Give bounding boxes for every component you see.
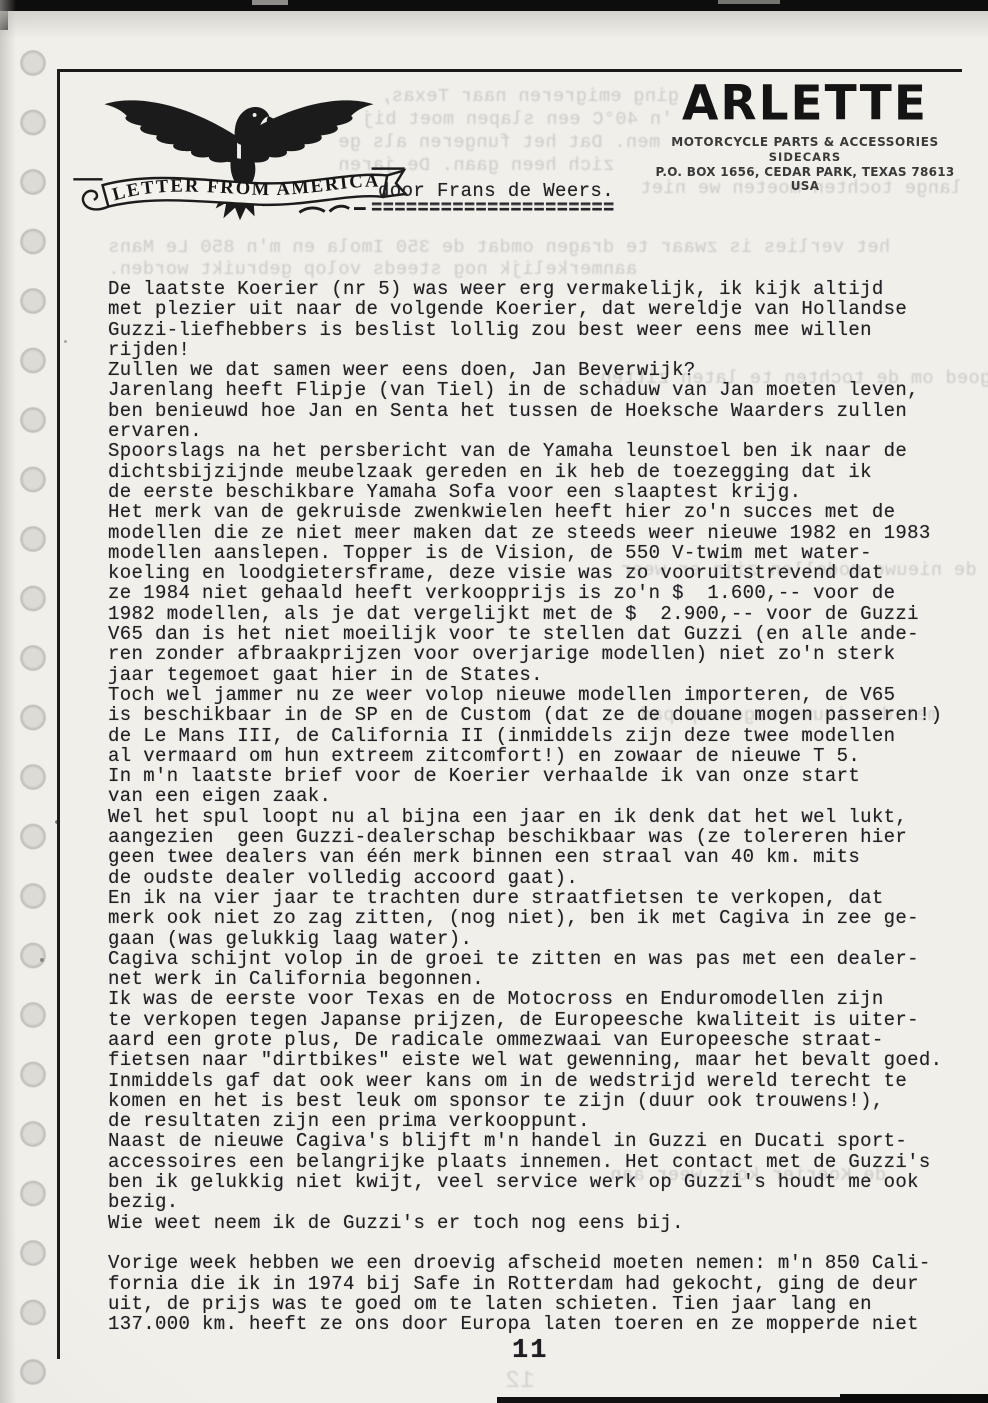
paper-speck: [40, 958, 44, 962]
scan-edge-top-gap: [252, 0, 288, 5]
binder-holes: [19, 49, 47, 1389]
eagle-logo: LETTER FROM AMERICA: [70, 76, 408, 230]
scan-edge-bottom: [840, 1394, 988, 1403]
eagle-eye: [253, 113, 257, 117]
brand-address: P.O. BOX 1656, CEDAR PARK, TEXAS 78613 U…: [652, 165, 958, 193]
scan-edge-top-gap: [718, 0, 780, 4]
bleedthrough-text: 'n 40°C een slapen moet bij: [362, 109, 673, 130]
eagle-left-wing: [104, 100, 237, 162]
bleedthrough-text: ging emigreren naar Texas,: [380, 86, 679, 107]
bleedthrough-text: aanmerkelijk nog steeds volop gebruikt w…: [108, 259, 637, 280]
scanned-newsletter-page: { "document": { "page_number": "11", "he…: [0, 0, 988, 1403]
signature-squiggle: [299, 206, 365, 212]
scan-shadow-left: [0, 0, 16, 1403]
scan-edge-top: [0, 0, 988, 11]
paper-speck: [64, 340, 67, 343]
scan-edge-bottom: [497, 1397, 849, 1403]
brand-block: ARLETTE MOTORCYCLE PARTS & ACCESSORIES S…: [652, 80, 958, 193]
byline-underline: =====================: [371, 197, 615, 219]
brand-tagline-sidecars: SIDECARS: [652, 150, 958, 164]
brand-logo-text: ARLETTE: [652, 79, 958, 127]
page-border-left-rule: [57, 69, 60, 1359]
page-border-top-rule: [57, 69, 962, 72]
bleedthrough-text: het verlies is zwaar te dragen omdat de …: [108, 237, 890, 258]
page-number: 11: [512, 1336, 548, 1366]
letter-body: De laatste Koerier (nr 5) was weer erg v…: [108, 279, 942, 1334]
scan-shadow: [0, 11, 988, 39]
bleedthrough-page-number: 12: [505, 1368, 535, 1395]
brand-tagline: MOTORCYCLE PARTS & ACCESSORIES: [652, 135, 958, 149]
